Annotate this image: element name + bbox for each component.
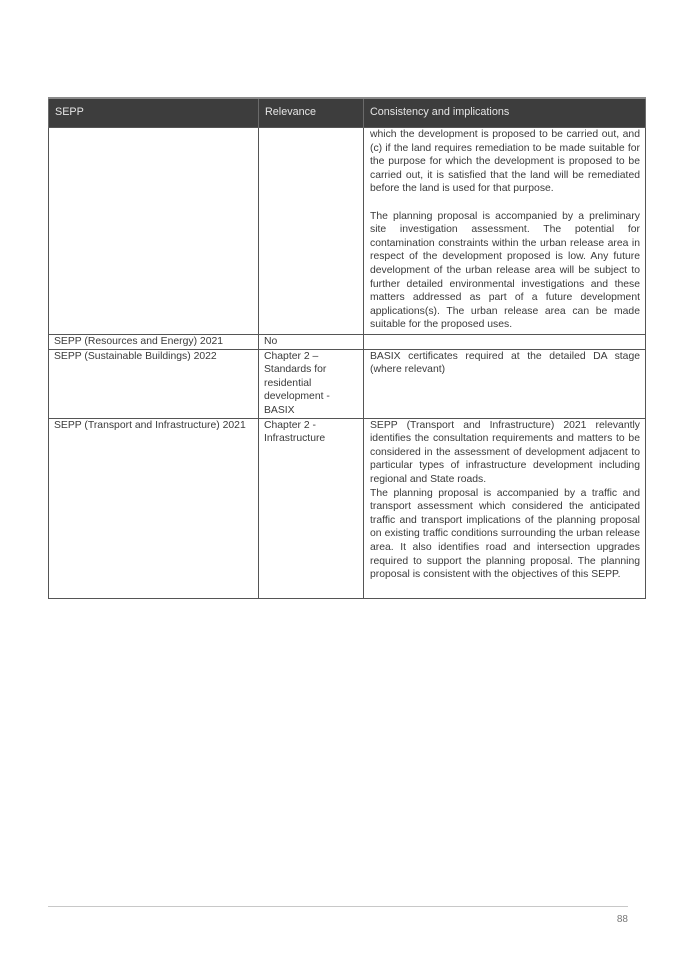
relevance-cell: [259, 128, 364, 335]
sepp-cell: SEPP (Sustainable Buildings) 2022: [49, 349, 259, 418]
sepp-consistency-table: SEPP Relevance Consistency and implicati…: [48, 97, 646, 599]
consistency-cell: BASIX certificates required at the detai…: [364, 349, 646, 418]
footer-divider: [48, 906, 628, 907]
table-row: SEPP (Sustainable Buildings) 2022 Chapte…: [49, 349, 646, 418]
relevance-cell: Chapter 2 – Standards for residential de…: [259, 349, 364, 418]
table-row: which the development is proposed to be …: [49, 128, 646, 335]
column-header-sepp: SEPP: [49, 98, 259, 128]
sepp-cell: SEPP (Transport and Infrastructure) 2021: [49, 418, 259, 598]
consistency-paragraph: BASIX certificates required at the detai…: [370, 350, 640, 377]
consistency-paragraph: The planning proposal is accompanied by …: [370, 210, 640, 332]
consistency-paragraph: SEPP (Transport and Infrastructure) 2021…: [370, 419, 640, 487]
consistency-cell: which the development is proposed to be …: [364, 128, 646, 335]
consistency-cell: SEPP (Transport and Infrastructure) 2021…: [364, 418, 646, 598]
consistency-paragraph: which the development is proposed to be …: [370, 128, 640, 196]
relevance-cell: No: [259, 335, 364, 350]
sepp-cell: [49, 128, 259, 335]
relevance-cell: Chapter 2 - Infrastructure: [259, 418, 364, 598]
sepp-cell: SEPP (Resources and Energy) 2021: [49, 335, 259, 350]
column-header-relevance: Relevance: [259, 98, 364, 128]
table-row: SEPP (Resources and Energy) 2021 No: [49, 335, 646, 350]
table-row: SEPP (Transport and Infrastructure) 2021…: [49, 418, 646, 598]
consistency-paragraph: The planning proposal is accompanied by …: [370, 487, 640, 582]
column-header-consistency: Consistency and implications: [364, 98, 646, 128]
consistency-cell: [364, 335, 646, 350]
table-header-row: SEPP Relevance Consistency and implicati…: [49, 98, 646, 128]
page-number: 88: [617, 914, 628, 925]
